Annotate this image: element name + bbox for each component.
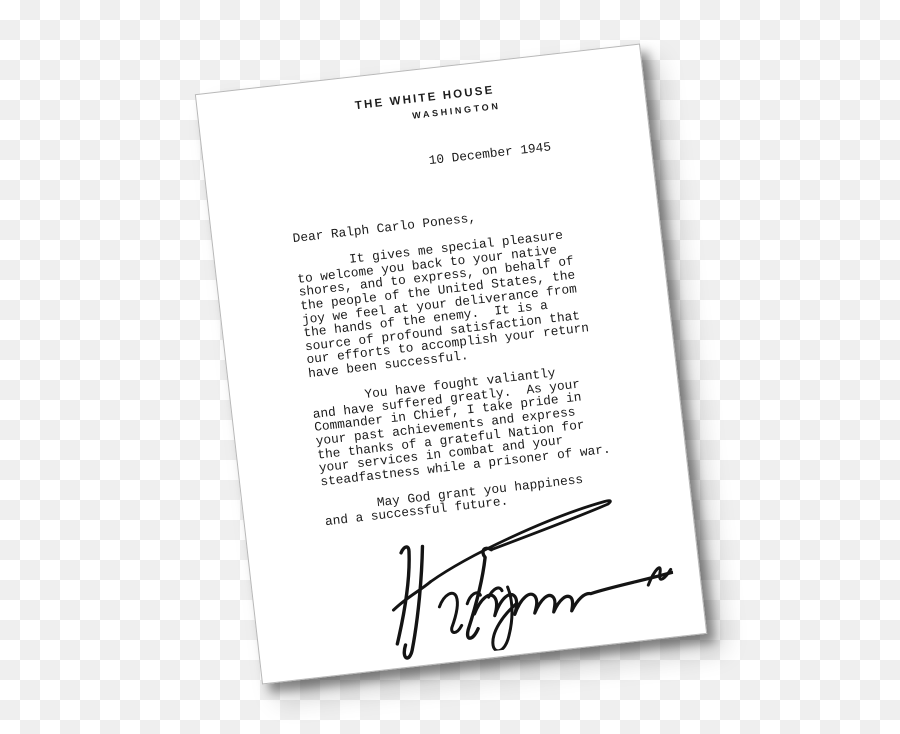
paragraph-1: It gives me special pleasure to welcome … xyxy=(295,222,637,381)
letterhead: THE WHITE HOUSE WASHINGTON xyxy=(199,68,645,145)
date-line: 10 December 1945 xyxy=(428,140,552,167)
paragraph-2: You have fought valiantly and have suffe… xyxy=(311,357,650,489)
canvas-background: THE WHITE HOUSE WASHINGTON 10 December 1… xyxy=(0,0,900,734)
letter-body: Dear Ralph Carlo Poness, It gives me spe… xyxy=(292,195,654,529)
letter-page: THE WHITE HOUSE WASHINGTON 10 December 1… xyxy=(195,44,707,685)
